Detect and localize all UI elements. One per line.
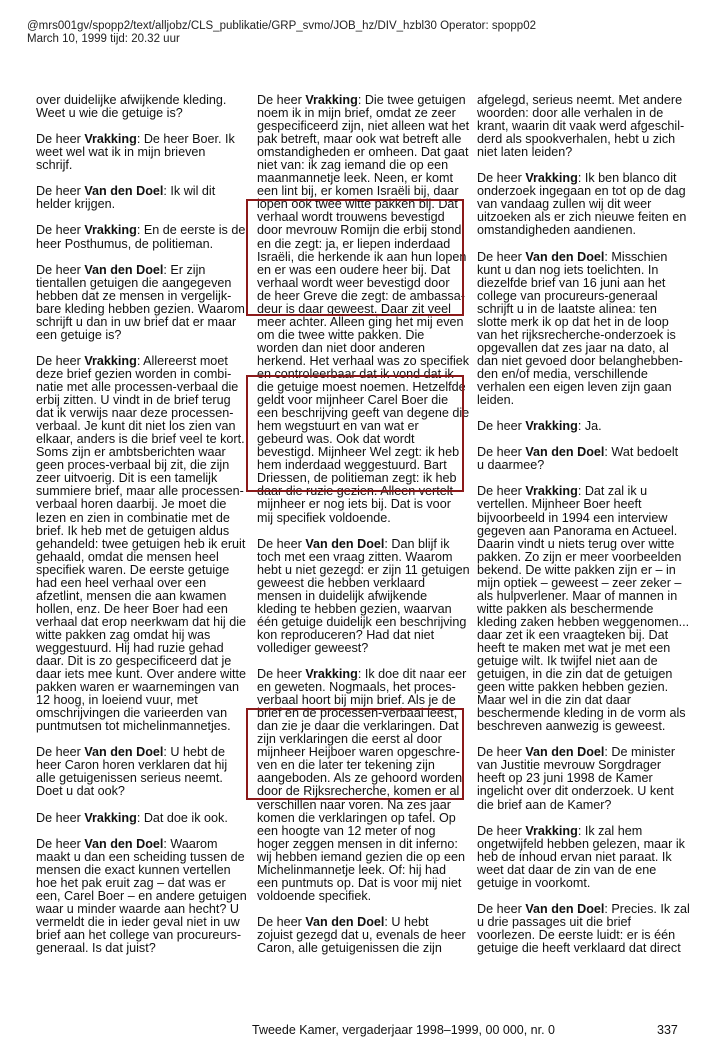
speaker-prefix: De heer [477, 484, 525, 498]
text-line: gehandeld: twee getuigen heb ik eruit [36, 538, 251, 551]
text-line: om die twee witte pakken. Die [257, 329, 472, 342]
text-line: had een heel verhaal over een [36, 577, 251, 590]
text-line: puntmutsen tot michelinmannetjes. [36, 720, 251, 733]
paragraph: De heer Van den Doel: Wat bedoeltu daarm… [477, 446, 692, 472]
text-line: hoger zeggen mensen in dit inferno: [257, 838, 472, 851]
text-line: diezelfde brief van 16 juni aan het [477, 277, 692, 290]
speaker-name: Vrakking [84, 223, 137, 237]
speaker-prefix: De heer [36, 745, 84, 759]
line-text: : De heer Boer. Ik [137, 132, 235, 146]
speaker-prefix: De heer [257, 915, 305, 929]
text-line: waar u minder waarde aan hecht? U [36, 903, 251, 916]
speaker-name: Van den Doel [525, 745, 604, 759]
line-text: : Misschien [604, 250, 667, 264]
line-text: : Dat zal ik u [578, 484, 647, 498]
text-line: Weet u wie die getuige is? [36, 107, 251, 120]
paragraph: De heer Vrakking: De heer Boer. Ikweet w… [36, 133, 251, 172]
text-line: gehaald, omdat die mensen heel [36, 551, 251, 564]
highlight-box-carel-boer [246, 375, 464, 492]
print-date-line: March 10, 1999 tijd: 20.32 uur [27, 33, 536, 46]
text-line: hollen, enz. De heer Boer had een [36, 603, 251, 616]
line-text: : Dat doe ik ook. [137, 811, 228, 825]
speaker-name: Vrakking [305, 93, 358, 107]
paragraph: over duidelijke afwijkende kleding.Weet … [36, 94, 251, 120]
paragraph: De heer Van den Doel: De ministervan Jus… [477, 746, 692, 811]
line-text: : Allereerst moet [137, 354, 228, 368]
text-line: bare kleding hebben gezien. Waarom [36, 303, 251, 316]
text-line: hebt u niet gezegd: er zijn 11 getuigen [257, 564, 472, 577]
text-line: bekend. De witte pakken zijn er – in [477, 564, 692, 577]
line-text: : Ik wil dit [163, 184, 215, 198]
text-line: getuige in voorkomt. [477, 877, 692, 890]
text-line: De heer Van den Doel: Dan blijf ik [257, 538, 472, 551]
paragraph: De heer Vrakking: Ik zal hemongetwijfeld… [477, 825, 692, 890]
text-line: hebben dat ze mensen in vergelijk- [36, 290, 251, 303]
speaker-name: Vrakking [525, 171, 578, 185]
line-text: : Ja. [578, 419, 602, 433]
speaker-prefix: De heer [36, 184, 84, 198]
text-line: maakt u dan een scheiding tussen de [36, 851, 251, 864]
paragraph: De heer Vrakking: Dat doe ik ook. [36, 812, 251, 825]
text-line: lezen en zien in combinatie met de [36, 512, 251, 525]
text-line: De heer Vrakking: Dat doe ik ook. [36, 812, 251, 825]
speaker-prefix: De heer [477, 171, 525, 185]
speaker-prefix: De heer [36, 354, 84, 368]
text-line: vertellen. Mijnheer Boer heeft [477, 498, 692, 511]
paragraph: De heer Van den Doel: Waarommaakt u dan … [36, 838, 251, 955]
text-line: gegeven aan Panorama en Actueel. [477, 525, 692, 538]
line-text: : U hebt [384, 915, 428, 929]
highlight-box-romijn-greve [246, 199, 464, 316]
text-line: vollediger geweest? [257, 642, 472, 655]
speaker-prefix: De heer [477, 445, 525, 459]
line-text: : Dan blijf ik [384, 537, 449, 551]
text-line: mijnheer er nog iets bij. Dat is voor [257, 498, 472, 511]
text-line: niet laten leiden? [477, 146, 692, 159]
text-line: een, Carel Boer – en andere getuigen [36, 890, 251, 903]
text-line: Daarin vindt u niets terug over witte [477, 538, 692, 551]
paragraph: De heer Van den Doel: Misschienkunt u da… [477, 251, 692, 408]
text-line: kon reproduceren? Had dat niet [257, 629, 472, 642]
speaker-name: Van den Doel [84, 184, 163, 198]
text-line: heb de inhoud ervan niet paraat. Ik [477, 851, 692, 864]
speaker-name: Vrakking [84, 354, 137, 368]
text-line: van het rijksrecherche-onderzoek is [477, 329, 692, 342]
paragraph: De heer Van den Doel: Dan blijf iktoch m… [257, 538, 472, 655]
text-line: een getuige is? [36, 329, 251, 342]
paragraph: De heer Van den Doel: Ik wil dithelder k… [36, 185, 251, 211]
text-column-left: over duidelijke afwijkende kleding.Weet … [36, 94, 251, 968]
highlight-box-heijboer [246, 708, 464, 800]
job-path-line: @mrs001gv/spopp2/text/alljobz/CLS_publik… [27, 20, 536, 33]
paragraph: De heer Vrakking: Dat zal ik uvertellen.… [477, 485, 692, 733]
paragraph: De heer Vrakking: Ik ben blanco ditonder… [477, 172, 692, 237]
text-line: De heer Vrakking: En de eerste is de [36, 224, 251, 237]
text-line: specifiek waren. De eerste getuige [36, 564, 251, 577]
speaker-name: Vrakking [84, 132, 137, 146]
text-line: beschreven aanwezig is geweest. [477, 720, 692, 733]
paragraph: De heer Vrakking: Allereerst moetdeze br… [36, 355, 251, 733]
speaker-prefix: De heer [477, 824, 525, 838]
text-line: opgevallen dat zes jaar na dato, al [477, 342, 692, 355]
text-line: verhaal dat erop neerkwam dat hij die [36, 616, 251, 629]
speaker-prefix: De heer [36, 223, 84, 237]
text-line: wij hebben iemand gezien die op een [257, 851, 472, 864]
text-line: één getuige duidelijk een beschrijving [257, 616, 472, 629]
footer-publication: Tweede Kamer, vergaderjaar 1998–1999, 00… [252, 1023, 555, 1037]
line-text: : Wat bedoelt [604, 445, 678, 459]
text-line: witte pakken als beschermende [477, 603, 692, 616]
text-line: mij specifiek voldoende. [257, 512, 472, 525]
paragraph: De heer Vrakking: Ja. [477, 420, 692, 433]
speaker-name: Vrakking [305, 667, 358, 681]
text-line: De heer Vrakking: Ik zal hem [477, 825, 692, 838]
line-text: : Precies. Ik zal [604, 902, 689, 916]
speaker-prefix: De heer [257, 667, 305, 681]
text-line: daar zet ik een vraagteken bij. Dat [477, 629, 692, 642]
text-line: bijvoorbeeld in 1994 een interview [477, 512, 692, 525]
text-line: brief. Ik heb met de getuigen aldus [36, 525, 251, 538]
text-line: Michelinmannetje leek. Of: hij had [257, 864, 472, 877]
text-line: toch met een vraag zitten. Waarom [257, 551, 472, 564]
text-line: weet dat daar de zin van de ene [477, 864, 692, 877]
text-line: leiden. [477, 394, 692, 407]
line-text: : Ik zal hem [578, 824, 642, 838]
text-line: ongetwijfeld hebben gelezen, maar ik [477, 838, 692, 851]
text-line: schrijft u dan in uw brief dat er maar [36, 316, 251, 329]
text-line: verschillen naar voren. Na zes jaar [257, 799, 472, 812]
text-line: voldoende specifiek. [257, 890, 472, 903]
speaker-name: Van den Doel [84, 263, 163, 277]
text-line: schrijf. [36, 159, 251, 172]
text-line: De heer Van den Doel: Misschien [477, 251, 692, 264]
speaker-prefix: De heer [257, 93, 305, 107]
text-line: als hulpverlener. Maar of mannen in [477, 590, 692, 603]
text-line: hoe het pak eruit zag – dat was er [36, 877, 251, 890]
print-header: @mrs001gv/spopp2/text/alljobz/CLS_publik… [27, 20, 536, 46]
speaker-prefix: De heer [477, 419, 525, 433]
text-line: kunt u dan nog iets toelichten. In [477, 264, 692, 277]
speaker-name: Vrakking [525, 484, 578, 498]
text-line: komen die verklaringen op tafel. Op [257, 812, 472, 825]
speaker-name: Van den Doel [305, 537, 384, 551]
text-line: kleding te hebben gezien, waarvan [257, 603, 472, 616]
speaker-name: Van den Doel [525, 250, 604, 264]
speaker-name: Van den Doel [525, 902, 604, 916]
text-line: omstandigheden aandienen. [477, 224, 692, 237]
text-line: pakken. Zo zijn er meer voorbeelden [477, 551, 692, 564]
speaker-prefix: De heer [36, 132, 84, 146]
text-line: ingelicht over dit onderzoek. U kent [477, 785, 692, 798]
text-line: afzetlint, mensen die aan kwamen [36, 590, 251, 603]
paragraph: De heer Vrakking: En de eerste is deheer… [36, 224, 251, 250]
text-line: mensen die exact kunnen vertellen [36, 864, 251, 877]
paragraph: afgelegd, serieus neemt. Met anderewoord… [477, 94, 692, 159]
paragraph: De heer Van den Doel: U hebtzojuist geze… [257, 916, 472, 955]
text-line: De heer Van den Doel: Precies. Ik zal [477, 903, 692, 916]
text-line: schrijft u in de laatste alinea: ten [477, 303, 692, 316]
text-line: worden dan niet door anderen [257, 342, 472, 355]
text-column-right: afgelegd, serieus neemt. Met anderewoord… [477, 94, 692, 968]
text-line: slotte merk ik op dat het in de loop [477, 316, 692, 329]
line-text: : Ik doe dit naar eer [358, 667, 467, 681]
text-line: mijn optiek – geweest – zeer zeker – [477, 577, 692, 590]
paragraph: De heer Van den Doel: U hebt deheer Caro… [36, 746, 251, 798]
speaker-prefix: De heer [477, 250, 525, 264]
line-text: : Waarom [163, 837, 217, 851]
speaker-name: Vrakking [525, 419, 578, 433]
text-line: helder krijgen. [36, 198, 251, 211]
speaker-name: Van den Doel [84, 745, 163, 759]
text-line: een puntmuts op. Dat is voor mij niet [257, 877, 472, 890]
line-text: : Ik ben blanco dit [578, 171, 677, 185]
text-line: getuige die heeft verklaard dat direct [477, 942, 692, 955]
speaker-prefix: De heer [477, 745, 525, 759]
text-line: Doet u dat ook? [36, 785, 251, 798]
footer-page-number: 337 [657, 1023, 678, 1037]
line-text: : U hebt de [163, 745, 225, 759]
speaker-prefix: De heer [36, 263, 84, 277]
text-line: college van procureurs-generaal [477, 290, 692, 303]
text-line: generaal. Is dat juist? [36, 942, 251, 955]
text-line: die brief aan de Kamer? [477, 799, 692, 812]
line-text: : Er zijn [163, 263, 205, 277]
speaker-prefix: De heer [477, 902, 525, 916]
speaker-prefix: De heer [36, 837, 84, 851]
text-line: tientallen getuigen die aangegeven [36, 277, 251, 290]
text-line: De heer Van den Doel: Er zijn [36, 264, 251, 277]
text-line: Caron, alle getuigenissen die zijn [257, 942, 472, 955]
line-text: : Die twee getuigen [358, 93, 466, 107]
text-line: meer achter. Alleen ging het mij even [257, 316, 472, 329]
text-line: een hoogte van 12 meter of nog [257, 825, 472, 838]
speaker-name: Vrakking [84, 811, 137, 825]
text-line: verbaal horen daarbij. Je moet die [36, 498, 251, 511]
speaker-prefix: De heer [36, 811, 84, 825]
text-line: De heer Van den Doel: Waarom [36, 838, 251, 851]
text-line: geweest die hebben verklaard [257, 577, 472, 590]
text-line: mensen in duidelijk afwijkende [257, 590, 472, 603]
speaker-prefix: De heer [257, 537, 305, 551]
speaker-name: Van den Doel [305, 915, 384, 929]
text-line: heer Posthumus, de politieman. [36, 238, 251, 251]
speaker-name: Van den Doel [84, 837, 163, 851]
speaker-name: Vrakking [525, 824, 578, 838]
paragraph: De heer Van den Doel: Er zijntientallen … [36, 264, 251, 342]
line-text: : De minister [604, 745, 675, 759]
text-line: De heer Vrakking: Ja. [477, 420, 692, 433]
text-line: u daarmee? [477, 459, 692, 472]
paragraph: De heer Van den Doel: Precies. Ik zalu d… [477, 903, 692, 955]
speaker-name: Van den Doel [525, 445, 604, 459]
line-text: : En de eerste is de [137, 223, 246, 237]
text-line: witte pakken zag omdat hij was [36, 629, 251, 642]
text-line: kleding zaken hebben weggenomen... [477, 616, 692, 629]
